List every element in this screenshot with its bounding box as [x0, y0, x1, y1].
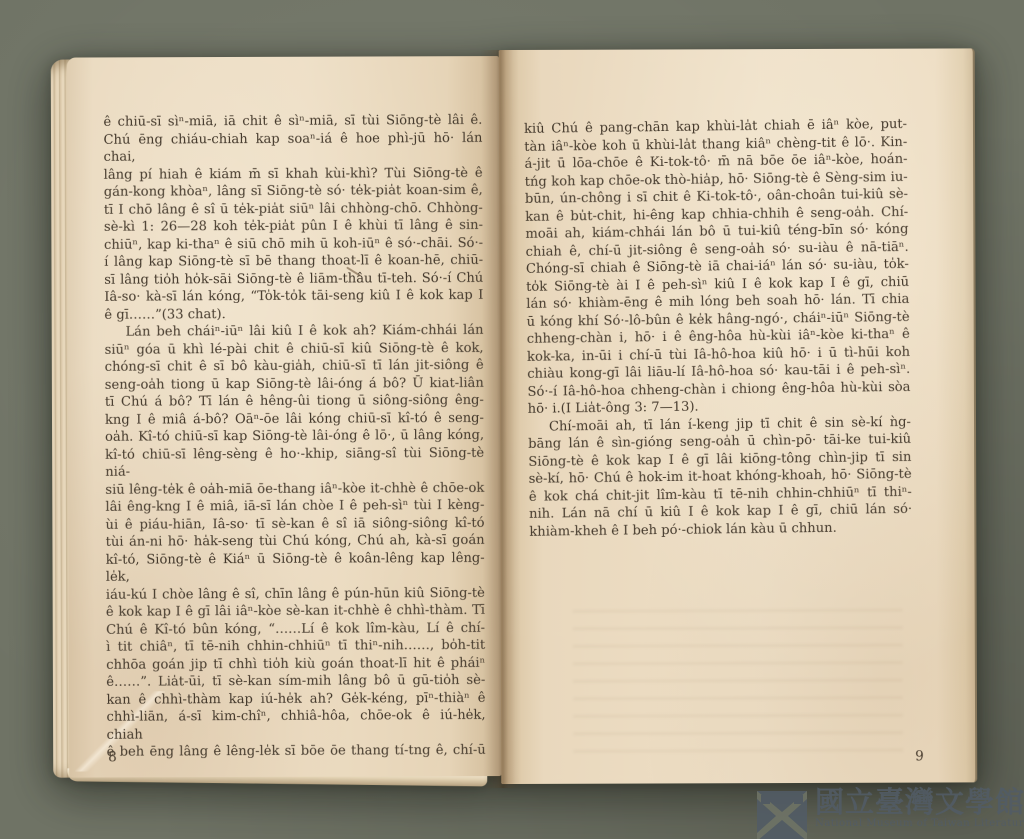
text-line: tī Chú á bô? Tī lán ê hêng-ûi tiong ū si… [105, 392, 484, 411]
text-line: ê kok kap I ê gī lâi iâⁿ-kòe sè-kan it-c… [106, 602, 485, 621]
text-line: sè-kì 1: 26—28 koh te̍k-pia̍t pûn I ê kh… [104, 217, 483, 236]
text-line: sī lâng tio̍h ho̍k-sāi Siōng-tè ê liām-t… [104, 269, 483, 288]
text-line: lâng pí hiah ê kiám m̄ sī khah kùi-khì? … [104, 164, 483, 183]
text-line: kî-tó, Siōng-tè ê Kiáⁿ ū Siōng-tè ê koân… [106, 549, 485, 586]
watermark-chinese-title: 國立臺灣文學館 [815, 787, 1024, 817]
watermark-english-title: National Museum of Taiwan Literature [815, 818, 1024, 829]
text-line: kî-tó chiū-sī lêng-sèng ê ho·-khip, siān… [105, 444, 484, 481]
text-line: tùi án-ni hō· ha̍k-seng tùi Chú kóng, Ch… [106, 532, 485, 551]
text-line: Chú ēng chiáu-chiah kap soaⁿ-iá ê hoe ph… [103, 129, 482, 166]
text-line: siūⁿ góa ū khì lé-pài chit ê chiū-sī kiû… [105, 339, 484, 358]
text-line: seng-oa̍h tiong ū kap Siōng-tè lâi-óng á… [105, 374, 484, 393]
left-page-number: 8 [108, 749, 117, 765]
text-line: Chú ê Kî-tó bûn kóng, “……Lí ê kok lîm-kà… [106, 619, 485, 638]
text-line: ùi ê piáu-hiān, Iâ-so· tī sè-kan ê sî iā… [105, 514, 484, 533]
text-line: siū lêng-te̍k ê oa̍h-miā ōe-thang iâⁿ-kò… [105, 479, 484, 498]
left-page-text: ê chiū-sī sìⁿ-miā, iā chit ê sìⁿ-miā, sī… [103, 112, 485, 761]
text-line: ì tit chiâⁿ, tī tē-nih chhin-chhiūⁿ tī t… [106, 637, 485, 656]
text-line: ê beh ēng lâng ê lêng-le̍k sī bōe ōe tha… [107, 742, 486, 761]
watermark: 國立臺灣文學館 National Museum of Taiwan Litera… [757, 781, 1024, 839]
right-page-text: kiû Chú ê pang-chān kap khùi-la̍t chiah … [524, 116, 912, 541]
text-line: kan ê chhì-thàm kap iú-he̍k ah? Ge̍k-kén… [106, 689, 485, 708]
text-line: ê gī……”(33 chat). [104, 304, 483, 323]
text-line: oa̍h. Kî-tó chiū-sī kap Siōng-tè lâi-óng… [105, 427, 484, 446]
text-line: iáu-kú I chòe lâng ê sî, chīn lâng ê pún… [106, 584, 485, 603]
text-line: Iâ-so· kà-sī lán kóng, “To̍k-to̍k tāi-se… [104, 287, 483, 306]
text-line: ê……”. Lia̍t-ūi, tī sè-kan sím-mih lâng b… [106, 672, 485, 691]
text-line: kng I ê miâ á-bô? Oāⁿ-ōe lâi kóng chiū-s… [105, 409, 484, 428]
text-line: í lâng kap Siōng-tè sī bē thang thoat-lī… [104, 252, 483, 271]
right-page-number: 9 [915, 749, 924, 765]
text-line: chiūⁿ, kap ki-thaⁿ ê siū chō mih ū koh-i… [104, 234, 483, 253]
nmtl-logo-icon [757, 791, 807, 839]
text-line: chhì-liān, á-sī kim-chîⁿ, chhiâ-hôa, chō… [106, 707, 485, 744]
text-line: tī I chō lâng ê sî ū te̍k-pia̍t siūⁿ lâi… [104, 199, 483, 218]
text-line: chóng-sī chit ê sī bô kàu-gia̍h, chiū-sī… [105, 357, 484, 376]
text-line: lâi êng-kng I ê miâ, iā-sī lán chòe I ê … [105, 497, 484, 516]
text-line: gán-kong khòaⁿ, lâng sī Siōng-tè só· te̍… [104, 182, 483, 201]
book-scan-photo: ê chiū-sī sìⁿ-miā, iā chit ê sìⁿ-miā, sī… [0, 0, 1024, 839]
text-line: ê chiū-sī sìⁿ-miā, iā chit ê sìⁿ-miā, sī… [103, 112, 482, 131]
reverse-side-show-through [573, 609, 904, 760]
text-line: chhōa goán jip tī chhì tio̍h kiù goán th… [106, 654, 485, 673]
open-book: ê chiū-sī sìⁿ-miā, iā chit ê sìⁿ-miā, sī… [51, 48, 976, 789]
text-line: Lán beh cháiⁿ-iūⁿ lâi kiû I ê kok ah? Ki… [104, 322, 483, 341]
